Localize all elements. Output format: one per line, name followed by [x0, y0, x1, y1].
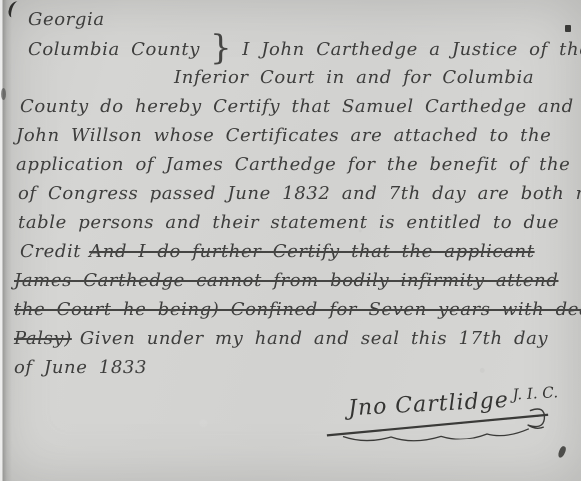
text-segment: of June 1833: [14, 357, 147, 378]
struck-text-segment: the Court he being) Confined for Seven y…: [14, 299, 581, 320]
document-line: Columbia County}I John Carthedge a Justi…: [14, 34, 574, 63]
document-line: of June 1833: [14, 353, 574, 382]
document-line: of Congress passed June 1832 and 7th day…: [14, 179, 574, 208]
document-scan: GeorgiaColumbia County}I John Carthedge …: [0, 0, 581, 481]
text-segment: John Willson whose Certificates are atta…: [16, 125, 551, 146]
text-segment: table persons and their statement is ent…: [18, 212, 559, 233]
text-segment: of Congress passed June 1832 and 7th day…: [18, 183, 581, 204]
text-segment: application of James Carthedge for the b…: [16, 154, 581, 175]
struck-text-segment: Palsy): [14, 328, 72, 349]
brace-mark: }: [210, 34, 232, 63]
text-segment: Credit: [20, 241, 81, 262]
document-line: application of James Carthedge for the b…: [14, 150, 574, 179]
document-line: County do hereby Certify that Samuel Car…: [14, 92, 574, 121]
document-line: Palsy)Given under my hand and seal this …: [14, 324, 574, 353]
signature-title: J. I. C.: [512, 383, 558, 403]
document-line: John Willson whose Certificates are atta…: [14, 121, 574, 150]
text-segment: I John Carthedge a Justice of the: [242, 39, 581, 60]
document-line: James Carthedge cannot from bodily infir…: [14, 266, 574, 295]
signature-block: Jno CartlidgeJ. I. C.: [298, 383, 560, 448]
text-segment: County do hereby Certify that Samuel Car…: [20, 96, 574, 117]
text-segment: Inferior Court in and for Columbia: [174, 67, 534, 88]
document-line: Inferior Court in and for Columbia: [14, 63, 574, 92]
ink-blot: [557, 445, 567, 458]
document-line: Georgia: [14, 5, 574, 34]
document-line: the Court he being) Confined for Seven y…: [14, 295, 574, 324]
document-line: CreditAnd I do further Certify that the …: [14, 237, 574, 266]
text-segment: Given under my hand and seal this 17th d…: [80, 328, 548, 349]
struck-text-segment: James Carthedge cannot from bodily infir…: [14, 270, 559, 291]
page-edge-shadow: [0, 0, 12, 481]
text-segment: Georgia: [28, 9, 105, 30]
document-line: table persons and their statement is ent…: [14, 208, 574, 237]
struck-text-segment: And I do further Certify that the applic…: [89, 241, 534, 262]
document-lines: GeorgiaColumbia County}I John Carthedge …: [14, 5, 574, 382]
text-segment: Columbia County: [28, 39, 200, 60]
ink-blot: [1, 88, 6, 100]
